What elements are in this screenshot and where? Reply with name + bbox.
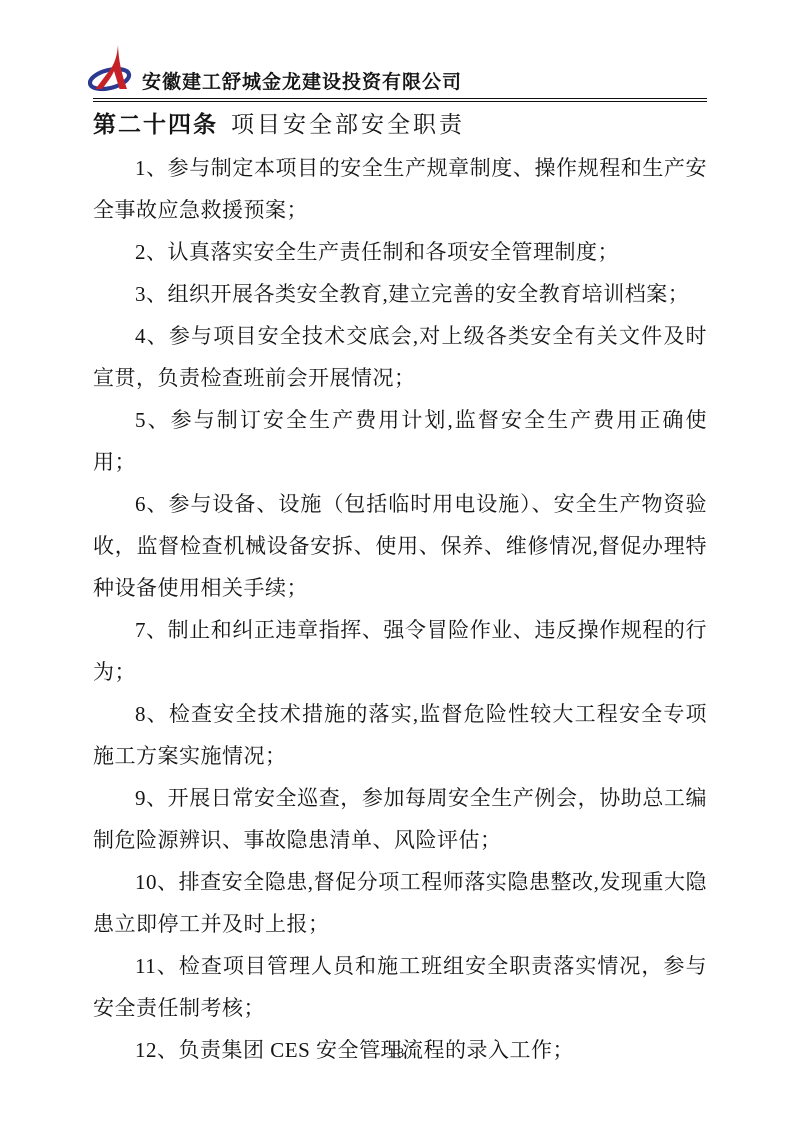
document-body: 1、参与制定本项目的安全生产规章制度、操作规程和生产安全事故应急救援预案； 2、… [93,147,707,1071]
paragraph-item-3: 3、组织开展各类安全教育,建立完善的安全教育培训档案； [93,273,707,315]
paragraph-item-4: 4、参与项目安全技术交底会,对上级各类安全有关文件及时宣贯，负责检查班前会开展情… [93,315,707,399]
paragraph-item-2: 2、认真落实安全生产责任制和各项安全管理制度； [93,231,707,273]
paragraph-item-9: 9、开展日常安全巡查，参加每周安全生产例会，协助总工编制危险源辨识、事故隐患清单… [93,777,707,861]
article-heading: 第二十四条项目安全部安全职责 [93,109,707,141]
paragraph-item-1: 1、参与制定本项目的安全生产规章制度、操作规程和生产安全事故应急救援预案； [93,147,707,231]
logo-flame [96,45,128,89]
page-footer: - 18 - [0,1046,794,1062]
paragraph-item-8: 8、检查安全技术措施的落实,监督危险性较大工程安全专项施工方案实施情况； [93,693,707,777]
document-page: 安徽建工舒城金龙建设投资有限公司 第二十四条项目安全部安全职责 1、参与制定本项… [0,0,794,1122]
paragraph-item-6: 6、参与设备、设施（包括临时用电设施）、安全生产物资验收，监督检查机械设备安拆、… [93,483,707,609]
company-name: 安徽建工舒城金龙建设投资有限公司 [142,72,462,95]
page-header: 安徽建工舒城金龙建设投资有限公司 [93,44,707,102]
company-logo-icon [88,44,135,95]
page-number: - 18 - [376,1046,418,1061]
article-title: 项目安全部安全职责 [231,112,465,137]
paragraph-item-11: 11、检查项目管理人员和施工班组安全职责落实情况，参与安全责任制考核； [93,945,707,1029]
paragraph-item-5: 5、参与制订安全生产费用计划,监督安全生产费用正确使用； [93,399,707,483]
paragraph-item-10: 10、排查安全隐患,督促分项工程师落实隐患整改,发现重大隐患立即停工并及时上报； [93,861,707,945]
paragraph-item-7: 7、制止和纠正违章指挥、强令冒险作业、违反操作规程的行为； [93,609,707,693]
article-number: 第二十四条 [93,112,218,137]
